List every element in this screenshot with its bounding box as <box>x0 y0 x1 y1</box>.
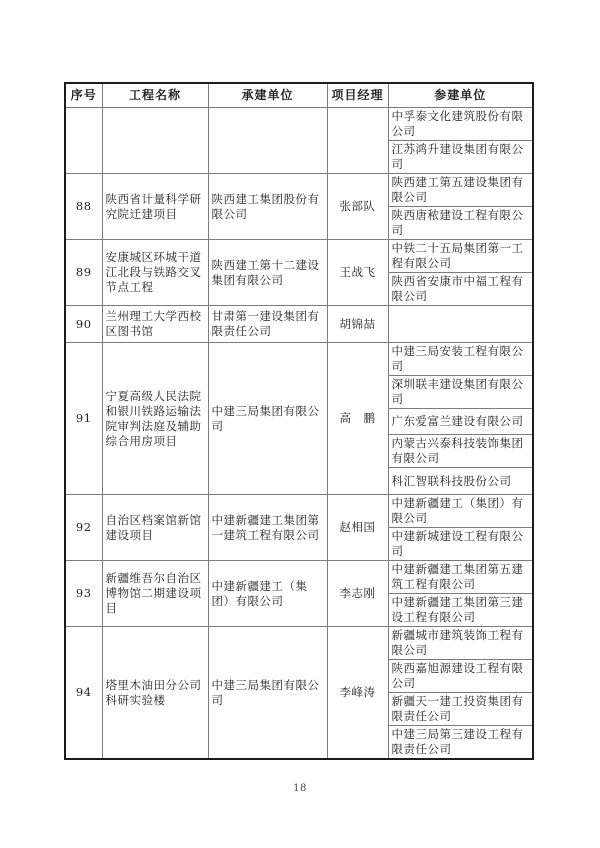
serial-cell: 89 <box>65 240 102 306</box>
project-name-cell: 新疆维吾尔自治区博物馆二期建设项目 <box>102 561 208 627</box>
participant-item: 中建新疆建工集团第三建设工程有限公司 <box>389 594 533 626</box>
contractor-cell <box>208 108 327 174</box>
project-name-cell: 陕西省计量科学研究院迁建项目 <box>102 174 208 240</box>
serial-cell: 90 <box>65 306 102 343</box>
page-number: 18 <box>0 783 600 794</box>
table-row: 94塔里木油田分公司科研实验楼中建三局集团有限公司李峰涛新疆城市建筑装饰工程有限… <box>65 627 533 760</box>
manager-cell: 张部队 <box>327 174 388 240</box>
participants-cell: 中建新疆建工（集团）有限公司中建新城建设工程有限公司 <box>388 495 533 561</box>
participant-item: 中孚泰文化建筑股份有限公司 <box>389 108 533 141</box>
serial-cell <box>65 108 102 174</box>
participants-cell: 中孚泰文化建筑股份有限公司江苏鸿升建设集团有限公司 <box>388 108 533 174</box>
participant-item: 陕西唐秾建设工程有限公司 <box>389 207 533 239</box>
contractor-cell: 中建三局集团有限公司 <box>208 343 327 495</box>
participant-item: 中建新疆建工（集团）有限公司 <box>389 495 533 528</box>
participant-item: 内蒙古兴泰科技装饰集团有限公司 <box>389 435 533 468</box>
contractor-cell: 中建三局集团有限公司 <box>208 627 327 760</box>
manager-cell: 李峰涛 <box>327 627 388 760</box>
document-page: 序号 工程名称 承建单位 项目经理 参建单位 中孚泰文化建筑股份有限公司江苏鸿升… <box>0 0 600 848</box>
manager-cell <box>327 108 388 174</box>
table-row: 92自治区档案馆新馆建设项目中建新疆建工集团第一建筑工程有限公司赵相国中建新疆建… <box>65 495 533 561</box>
contractor-cell: 中建新疆建工集团第一建筑工程有限公司 <box>208 495 327 561</box>
project-name-cell: 宁夏高级人民法院和银川铁路运输法院审判法庭及辅助综合用房项目 <box>102 343 208 495</box>
manager-cell: 胡锦喆 <box>327 306 388 343</box>
manager-cell: 王战飞 <box>327 240 388 306</box>
contractor-cell: 中建新疆建工（集团）有限公司 <box>208 561 327 627</box>
participant-item: 陕西省安康市中福工程有限公司 <box>389 273 533 305</box>
manager-cell: 李志刚 <box>327 561 388 627</box>
header-project-manager: 项目经理 <box>327 83 388 108</box>
participant-item: 陕西建工第五建设集团有限公司 <box>389 174 533 207</box>
participant-item <box>389 311 533 337</box>
participant-item: 中铁二十五局集团第一工程有限公司 <box>389 240 533 273</box>
serial-cell: 94 <box>65 627 102 760</box>
participant-item: 科汇智联科技股份公司 <box>389 468 533 494</box>
project-name-cell <box>102 108 208 174</box>
contractor-cell: 陕西建工第十二建设集团有限公司 <box>208 240 327 306</box>
project-table: 序号 工程名称 承建单位 项目经理 参建单位 中孚泰文化建筑股份有限公司江苏鸿升… <box>64 82 534 760</box>
table-row: 88陕西省计量科学研究院迁建项目陕西建工集团股份有限公司张部队陕西建工第五建设集… <box>65 174 533 240</box>
participant-item: 新疆天一建工投资集团有限责任公司 <box>389 693 533 726</box>
header-project-name: 工程名称 <box>102 83 208 108</box>
project-name-cell: 塔里木油田分公司科研实验楼 <box>102 627 208 760</box>
participants-cell <box>388 306 533 343</box>
header-serial: 序号 <box>65 83 102 108</box>
serial-cell: 93 <box>65 561 102 627</box>
participants-cell: 中建三局安装工程有限公司深圳联丰建设集团有限公司广东爱富兰建设有限公司内蒙古兴泰… <box>388 343 533 495</box>
participant-item: 新疆城市建筑装饰工程有限公司 <box>389 627 533 660</box>
participants-cell: 中铁二十五局集团第一工程有限公司陕西省安康市中福工程有限公司 <box>388 240 533 306</box>
header-contractor: 承建单位 <box>208 83 327 108</box>
participant-item: 中建新疆建工集团第五建筑工程有限公司 <box>389 561 533 594</box>
table-row: 93新疆维吾尔自治区博物馆二期建设项目中建新疆建工（集团）有限公司李志刚中建新疆… <box>65 561 533 627</box>
table-header-row: 序号 工程名称 承建单位 项目经理 参建单位 <box>65 83 533 108</box>
manager-cell: 高 鹏 <box>327 343 388 495</box>
table-row: 89安康城区环城干道江北段与铁路交叉节点工程陕西建工第十二建设集团有限公司王战飞… <box>65 240 533 306</box>
project-name-cell: 安康城区环城干道江北段与铁路交叉节点工程 <box>102 240 208 306</box>
participants-cell: 陕西建工第五建设集团有限公司陕西唐秾建设工程有限公司 <box>388 174 533 240</box>
participant-item: 中建三局安装工程有限公司 <box>389 343 533 376</box>
participant-item: 陕西嘉旭源建设工程有限公司 <box>389 660 533 693</box>
manager-cell: 赵相国 <box>327 495 388 561</box>
serial-cell: 92 <box>65 495 102 561</box>
serial-cell: 91 <box>65 343 102 495</box>
project-name-cell: 自治区档案馆新馆建设项目 <box>102 495 208 561</box>
participants-cell: 新疆城市建筑装饰工程有限公司陕西嘉旭源建设工程有限公司新疆天一建工投资集团有限责… <box>388 627 533 760</box>
table-row: 90兰州理工大学西校区图书馆甘肃第一建设集团有限责任公司胡锦喆 <box>65 306 533 343</box>
table-row: 91宁夏高级人民法院和银川铁路运输法院审判法庭及辅助综合用房项目中建三局集团有限… <box>65 343 533 495</box>
participant-item: 深圳联丰建设集团有限公司 <box>389 376 533 409</box>
participant-item: 江苏鸿升建设集团有限公司 <box>389 141 533 173</box>
serial-cell: 88 <box>65 174 102 240</box>
contractor-cell: 陕西建工集团股份有限公司 <box>208 174 327 240</box>
table-row: 中孚泰文化建筑股份有限公司江苏鸿升建设集团有限公司 <box>65 108 533 174</box>
header-participants: 参建单位 <box>388 83 533 108</box>
project-table-body: 中孚泰文化建筑股份有限公司江苏鸿升建设集团有限公司88陕西省计量科学研究院迁建项… <box>65 108 533 760</box>
participants-cell: 中建新疆建工集团第五建筑工程有限公司中建新疆建工集团第三建设工程有限公司 <box>388 561 533 627</box>
participant-item: 中建三局第三建设工程有限责任公司 <box>389 726 533 758</box>
participant-item: 中建新城建设工程有限公司 <box>389 528 533 560</box>
project-name-cell: 兰州理工大学西校区图书馆 <box>102 306 208 343</box>
participant-item: 广东爱富兰建设有限公司 <box>389 409 533 435</box>
contractor-cell: 甘肃第一建设集团有限责任公司 <box>208 306 327 343</box>
